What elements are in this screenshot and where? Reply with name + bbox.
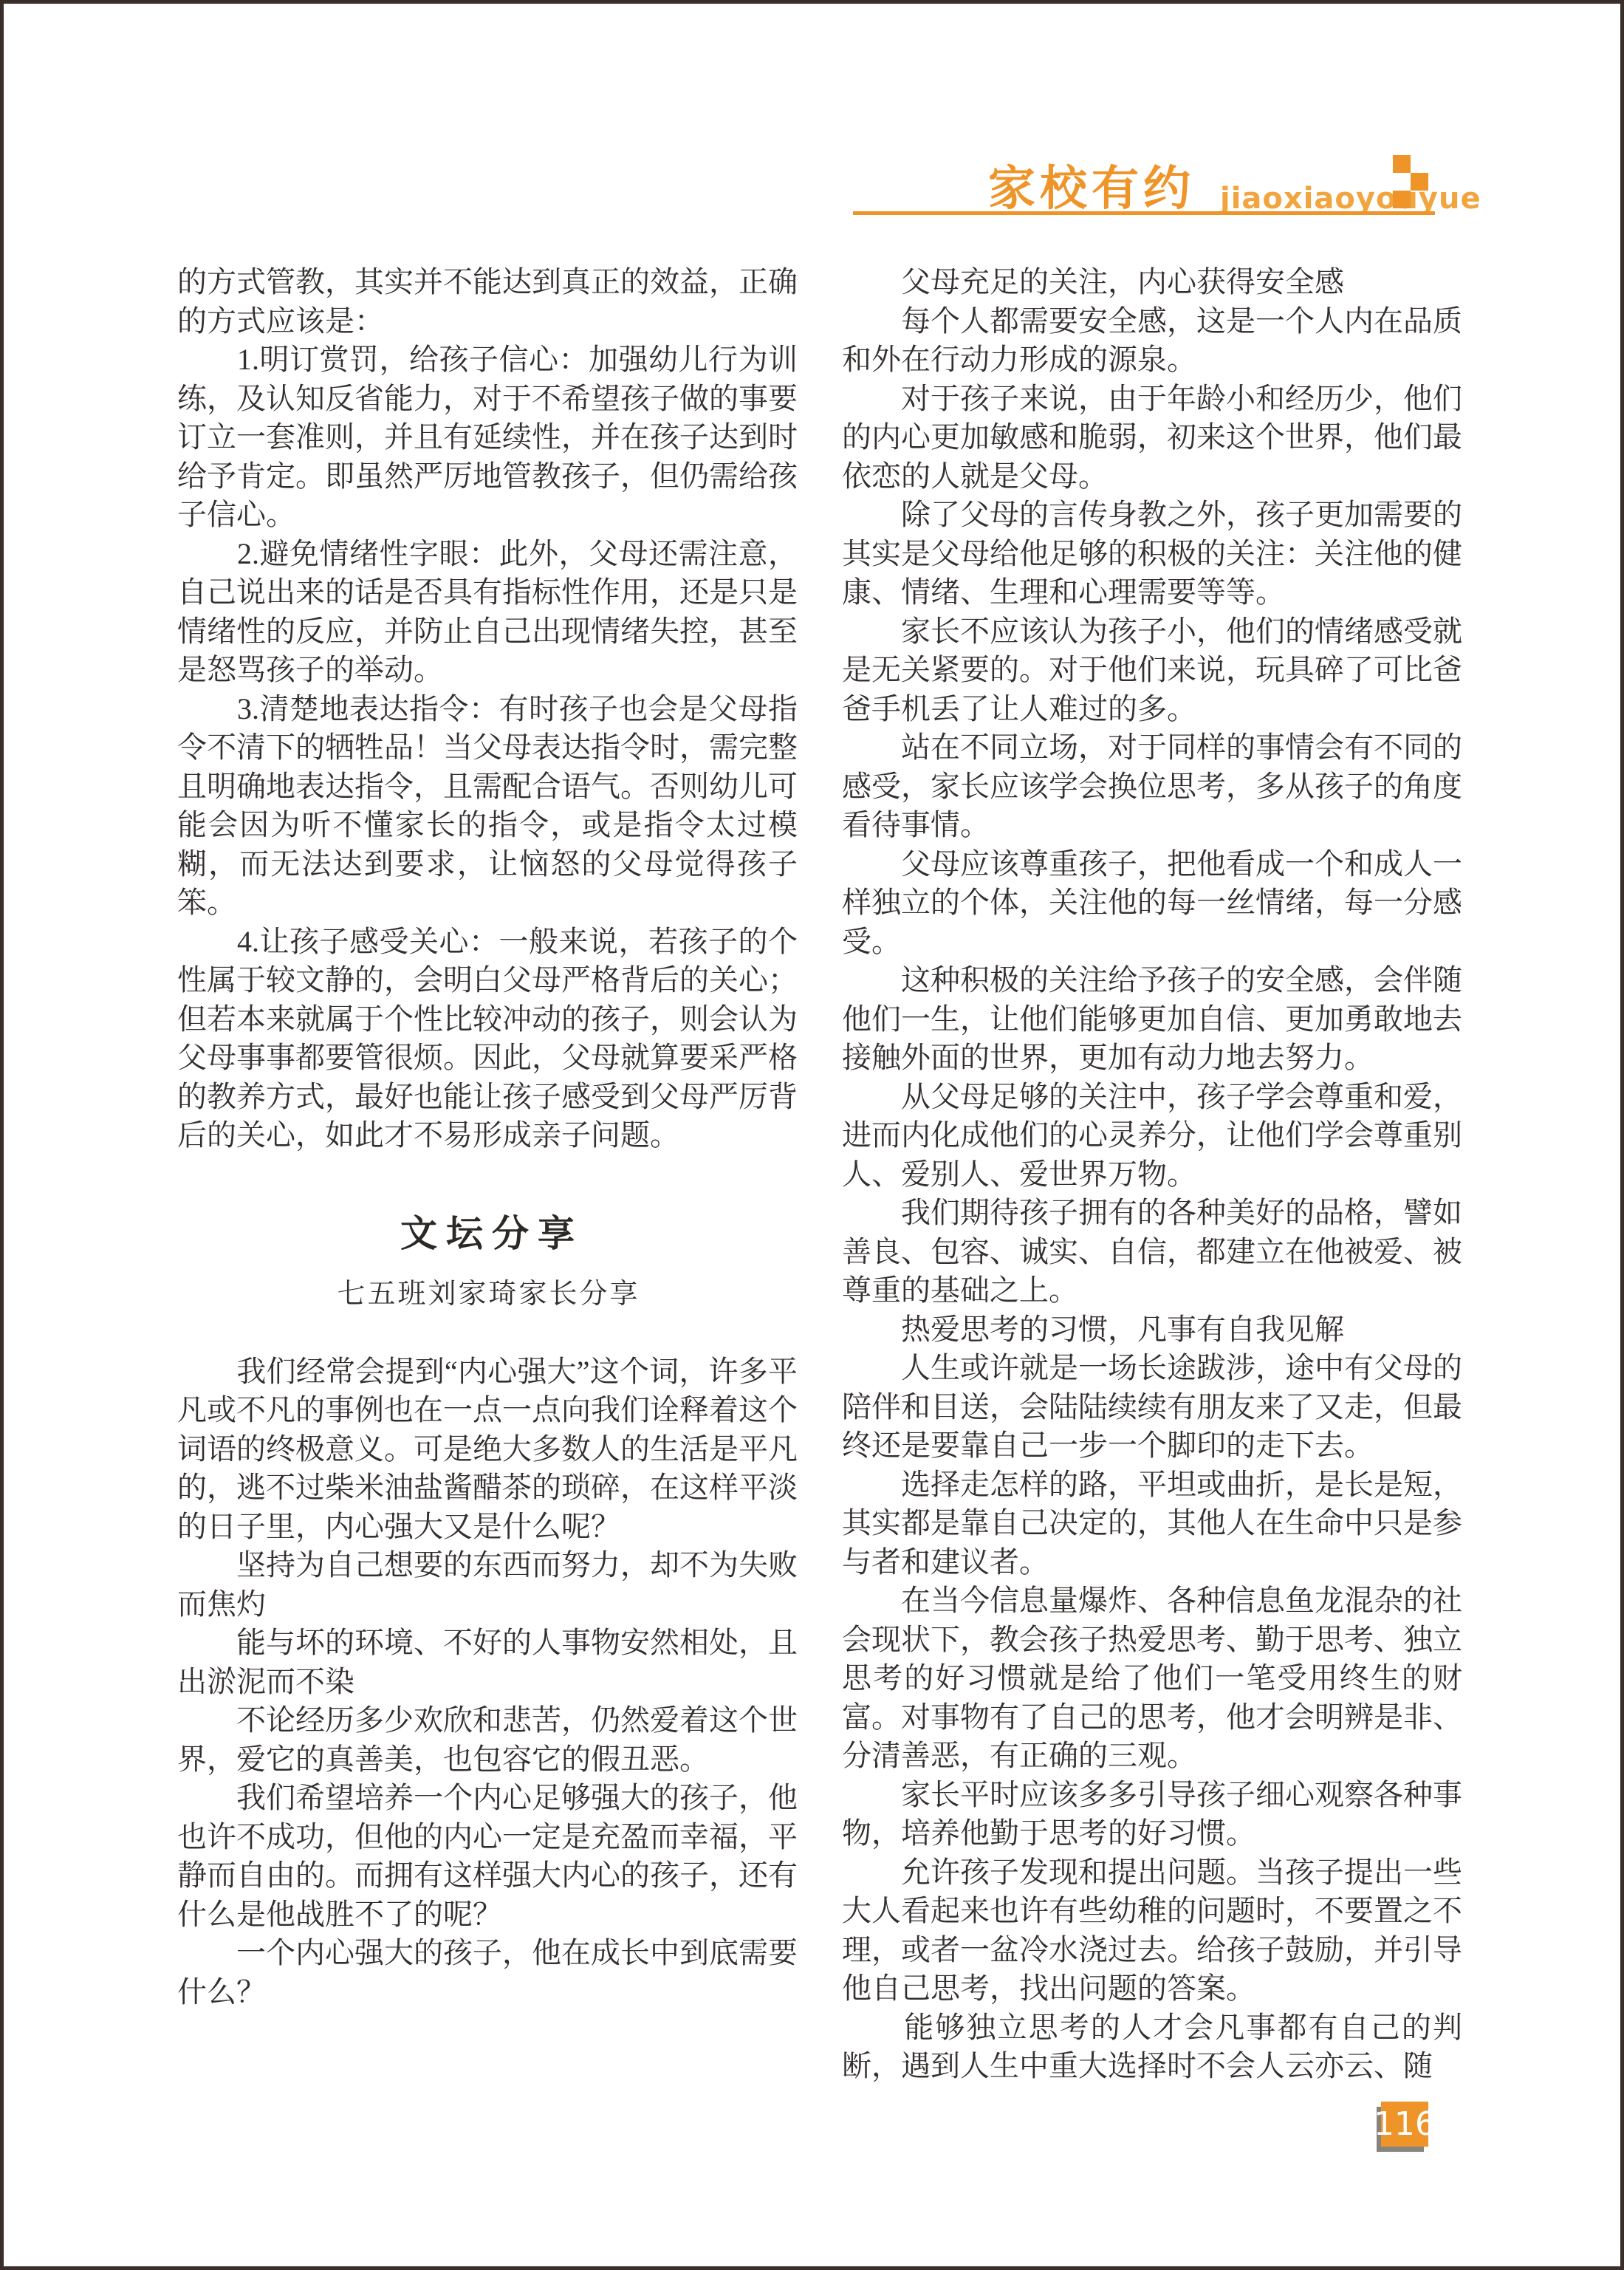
paragraph: 选择走怎样的路，平坦或曲折，是长是短，其实都是靠自己决定的，其他人在生命中只是参…	[842, 1466, 1462, 1582]
paragraph: 3.清楚地表达指令：有时孩子也会是父母指令不清下的牺牲品！当父母表达指令时，需完…	[177, 690, 798, 923]
paragraph: 人生或许就是一场长途跋涉，途中有父母的陪伴和目送，会陆陆续续有朋友来了又走，但最…	[842, 1349, 1462, 1466]
paragraph: 这种积极的关注给予孩子的安全感，会伴随他们一生，让他们能够更加自信、更加勇敢地去…	[842, 961, 1462, 1078]
paragraph: 父母充足的关注，内心获得安全感	[842, 263, 1462, 302]
paragraph: 允许孩子发现和提出问题。当孩子提出一些大人看起来也许有些幼稚的问题时，不要置之不…	[842, 1853, 1462, 2009]
paragraph: 不论经历多少欢欣和悲苦，仍然爱着这个世界，爱它的真善美，也包容它的假丑恶。	[177, 1701, 798, 1779]
paragraph: 站在不同立场，对于同样的事情会有不同的感受，家长应该学会换位思考，多从孩子的角度…	[842, 728, 1462, 845]
page-number-badge: 116	[1381, 2102, 1428, 2147]
section-subtitle: 七五班刘家琦家长分享	[177, 1276, 798, 1312]
masthead-divider	[853, 211, 1435, 215]
paragraph: 一个内心强大的孩子，他在成长中到底需要什么？	[177, 1934, 798, 2011]
paragraph: 能够独立思考的人才会凡事都有自己的判断，遇到人生中重大选择时不会人云亦云、随	[842, 2009, 1462, 2086]
paragraph: 父母应该尊重孩子，把他看成一个和成人一样独立的个体，关注他的每一丝情绪，每一分感…	[842, 845, 1462, 962]
paragraph: 我们经常会提到“内心强大”这个词，许多平凡或不凡的事例也在一点一点向我们诠释着这…	[177, 1353, 798, 1547]
paragraph: 家长平时应该多多引导孩子细心观察各种事物，培养他勤于思考的好习惯。	[842, 1776, 1462, 1853]
masthead-title: 家校有约	[988, 151, 1195, 219]
paragraph: 能与坏的环境、不好的人事物安然相处，且出淤泥而不染	[177, 1624, 798, 1701]
masthead-checker-squares-icon	[1393, 155, 1411, 173]
paragraph: 从父母足够的关注中，孩子学会尊重和爱，进而内化成他们的心灵养分，让他们学会尊重别…	[842, 1078, 1462, 1194]
right-column: 父母充足的关注，内心获得安全感 每个人都需要安全感，这是一个人内在品质和外在行动…	[842, 263, 1462, 2086]
paragraph: 的方式管教，其实并不能达到真正的效益，正确的方式应该是：	[177, 263, 798, 341]
paragraph: 1.明订赏罚，给孩子信心：加强幼儿行为训练，及认知反省能力，对于不希望孩子做的事…	[177, 341, 798, 535]
paragraph: 4.让孩子感受关心：一般来说，若孩子的个性属于较文静的，会明白父母严格背后的关心…	[177, 923, 798, 1155]
paragraph: 除了父母的言传身教之外，孩子更加需要的其实是父母给他足够的积极的关注：关注他的健…	[842, 496, 1462, 612]
paragraph: 热爱思考的习惯，凡事有自我见解	[842, 1310, 1462, 1350]
masthead-checker-squares-icon	[1411, 173, 1428, 191]
paragraph: 我们希望培养一个内心足够强大的孩子，他也许不成功，但他的内心一定是充盈而幸福，平…	[177, 1779, 798, 1934]
paragraph: 我们期待孩子拥有的各种美好的品格，譬如善良、包容、诚实、自信，都建立在他被爱、被…	[842, 1194, 1462, 1310]
paragraph: 家长不应该认为孩子小，他们的情绪感受就是无关紧要的。对于他们来说，玩具碎了可比爸…	[842, 612, 1462, 729]
paragraph: 在当今信息量爆炸、各种信息鱼龙混杂的社会现状下，教会孩子热爱思考、勤于思考、独立…	[842, 1582, 1462, 1776]
masthead-checker-squares-icon	[1393, 191, 1411, 208]
paragraph: 坚持为自己想要的东西而努力，却不为失败而焦灼	[177, 1546, 798, 1624]
left-column: 的方式管教，其实并不能达到真正的效益，正确的方式应该是： 1.明订赏罚，给孩子信…	[177, 263, 798, 2011]
paragraph: 对于孩子来说，由于年龄小和经历少，他们的内心更加敏感和脆弱，初来这个世界，他们最…	[842, 380, 1462, 496]
paragraph: 2.避免情绪性字眼：此外，父母还需注意，自己说出来的话是否具有指标性作用，还是只…	[177, 535, 798, 690]
section-title: 文坛分享	[177, 1211, 798, 1256]
paragraph: 每个人都需要安全感，这是一个人内在品质和外在行动力形成的源泉。	[842, 302, 1462, 380]
